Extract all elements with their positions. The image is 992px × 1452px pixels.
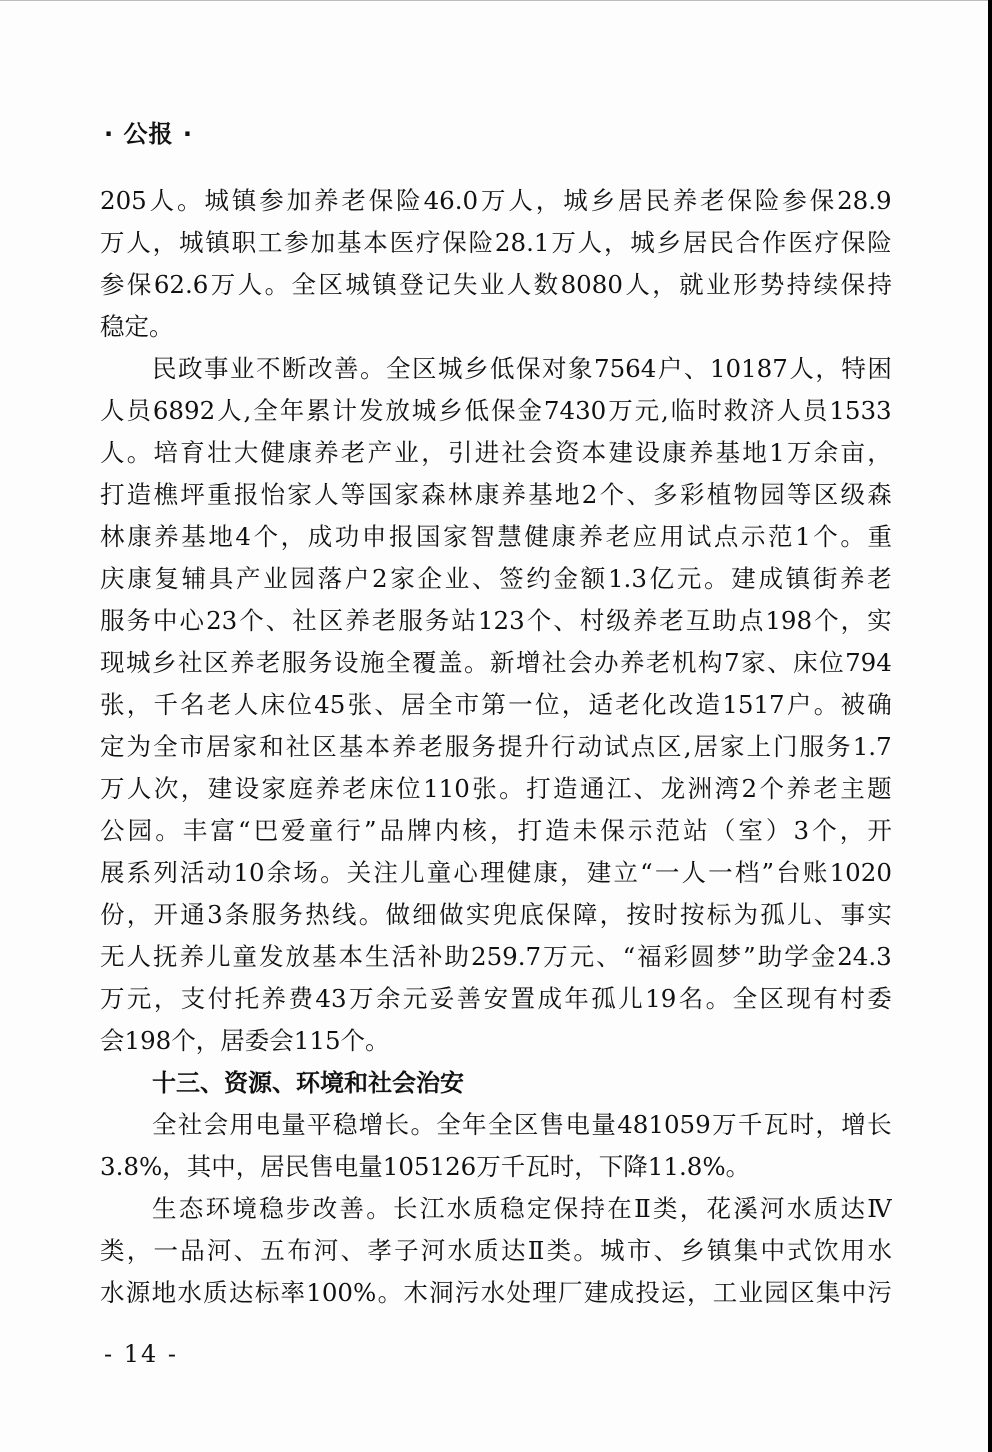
text-line: 张，千名老人床位45张、居全市第一位，适老化改造1517户。被确 [100, 684, 892, 726]
paragraph-start-line: 民政事业不断改善。全区城乡低保对象7564户、10187人，特困 [100, 348, 892, 390]
paragraph-start-line: 生态环境稳步改善。长江水质稳定保持在Ⅱ类，花溪河水质达Ⅳ [100, 1188, 892, 1230]
text-line: 类，一品河、五布河、孝子河水质达Ⅱ类。城市、乡镇集中式饮用水 [100, 1230, 892, 1272]
text-line: 万人次，建设家庭养老床位110张。打造通江、龙洲湾2个养老主题 [100, 768, 892, 810]
text-line: 205人。城镇参加养老保险46.0万人，城乡居民养老保险参保28.9 [100, 180, 892, 222]
text-line: 无人抚养儿童发放基本生活补助259.7万元、“福彩圆梦”助学金24.3 [100, 936, 892, 978]
text-line: 展系列活动10余场。关注儿童心理健康，建立“一人一档”台账1020 [100, 852, 892, 894]
paragraph-end-line: 稳定。 [100, 306, 892, 348]
text-line: 人。培育壮大健康养老产业，引进社会资本建设康养基地1万余亩， [100, 432, 892, 474]
text-line: 林康养基地4个，成功申报国家智慧健康养老应用试点示范1个。重 [100, 516, 892, 558]
text-line: 庆康复辅具产业园落户2家企业、签约金额1.3亿元。建成镇街养老 [100, 558, 892, 600]
text-line: 参保62.6万人。全区城镇登记失业人数8080人，就业形势持续保持 [100, 264, 892, 306]
text-line: 服务中心23个、社区养老服务站123个、村级养老互助点198个，实 [100, 600, 892, 642]
paragraph-end-line: 3.8%，其中，居民售电量105126万千瓦时，下降11.8%。 [100, 1146, 892, 1188]
text-line: 定为全市居家和社区基本养老服务提升行动试点区,居家上门服务1.7 [100, 726, 892, 768]
text-line: 公园。丰富“巴爱童行”品牌内核，打造未保示范站（室）3个，开 [100, 810, 892, 852]
section-heading: 十三、资源、环境和社会治安 [100, 1062, 892, 1104]
right-edge-bar [988, 0, 992, 1452]
top-border [0, 0, 988, 1]
text-line: 万元，支付托养费43万余元妥善安置成年孤儿19名。全区现有村委 [100, 978, 892, 1020]
text-line: 水源地水质达标率100%。木洞污水处理厂建成投运，工业园区集中污 [100, 1272, 892, 1314]
text-line: 现城乡社区养老服务设施全覆盖。新增社会办养老机构7家、床位794 [100, 642, 892, 684]
text-line: 人员6892人,全年累计发放城乡低保金7430万元,临时救济人员1533 [100, 390, 892, 432]
page-number: - 14 - [104, 1340, 178, 1368]
section-header: · 公报 · [104, 114, 193, 149]
document-body: 205人。城镇参加养老保险46.0万人，城乡居民养老保险参保28.9万人，城镇职… [100, 180, 892, 1314]
text-line: 万人，城镇职工参加基本医疗保险28.1万人，城乡居民合作医疗保险 [100, 222, 892, 264]
paragraph-start-line: 全社会用电量平稳增长。全年全区售电量481059万千瓦时，增长 [100, 1104, 892, 1146]
paragraph-end-line: 会198个，居委会115个。 [100, 1020, 892, 1062]
text-line: 份，开通3条服务热线。做细做实兜底保障，按时按标为孤儿、事实 [100, 894, 892, 936]
text-line: 打造樵坪重报怡家人等国家森林康养基地2个、多彩植物园等区级森 [100, 474, 892, 516]
